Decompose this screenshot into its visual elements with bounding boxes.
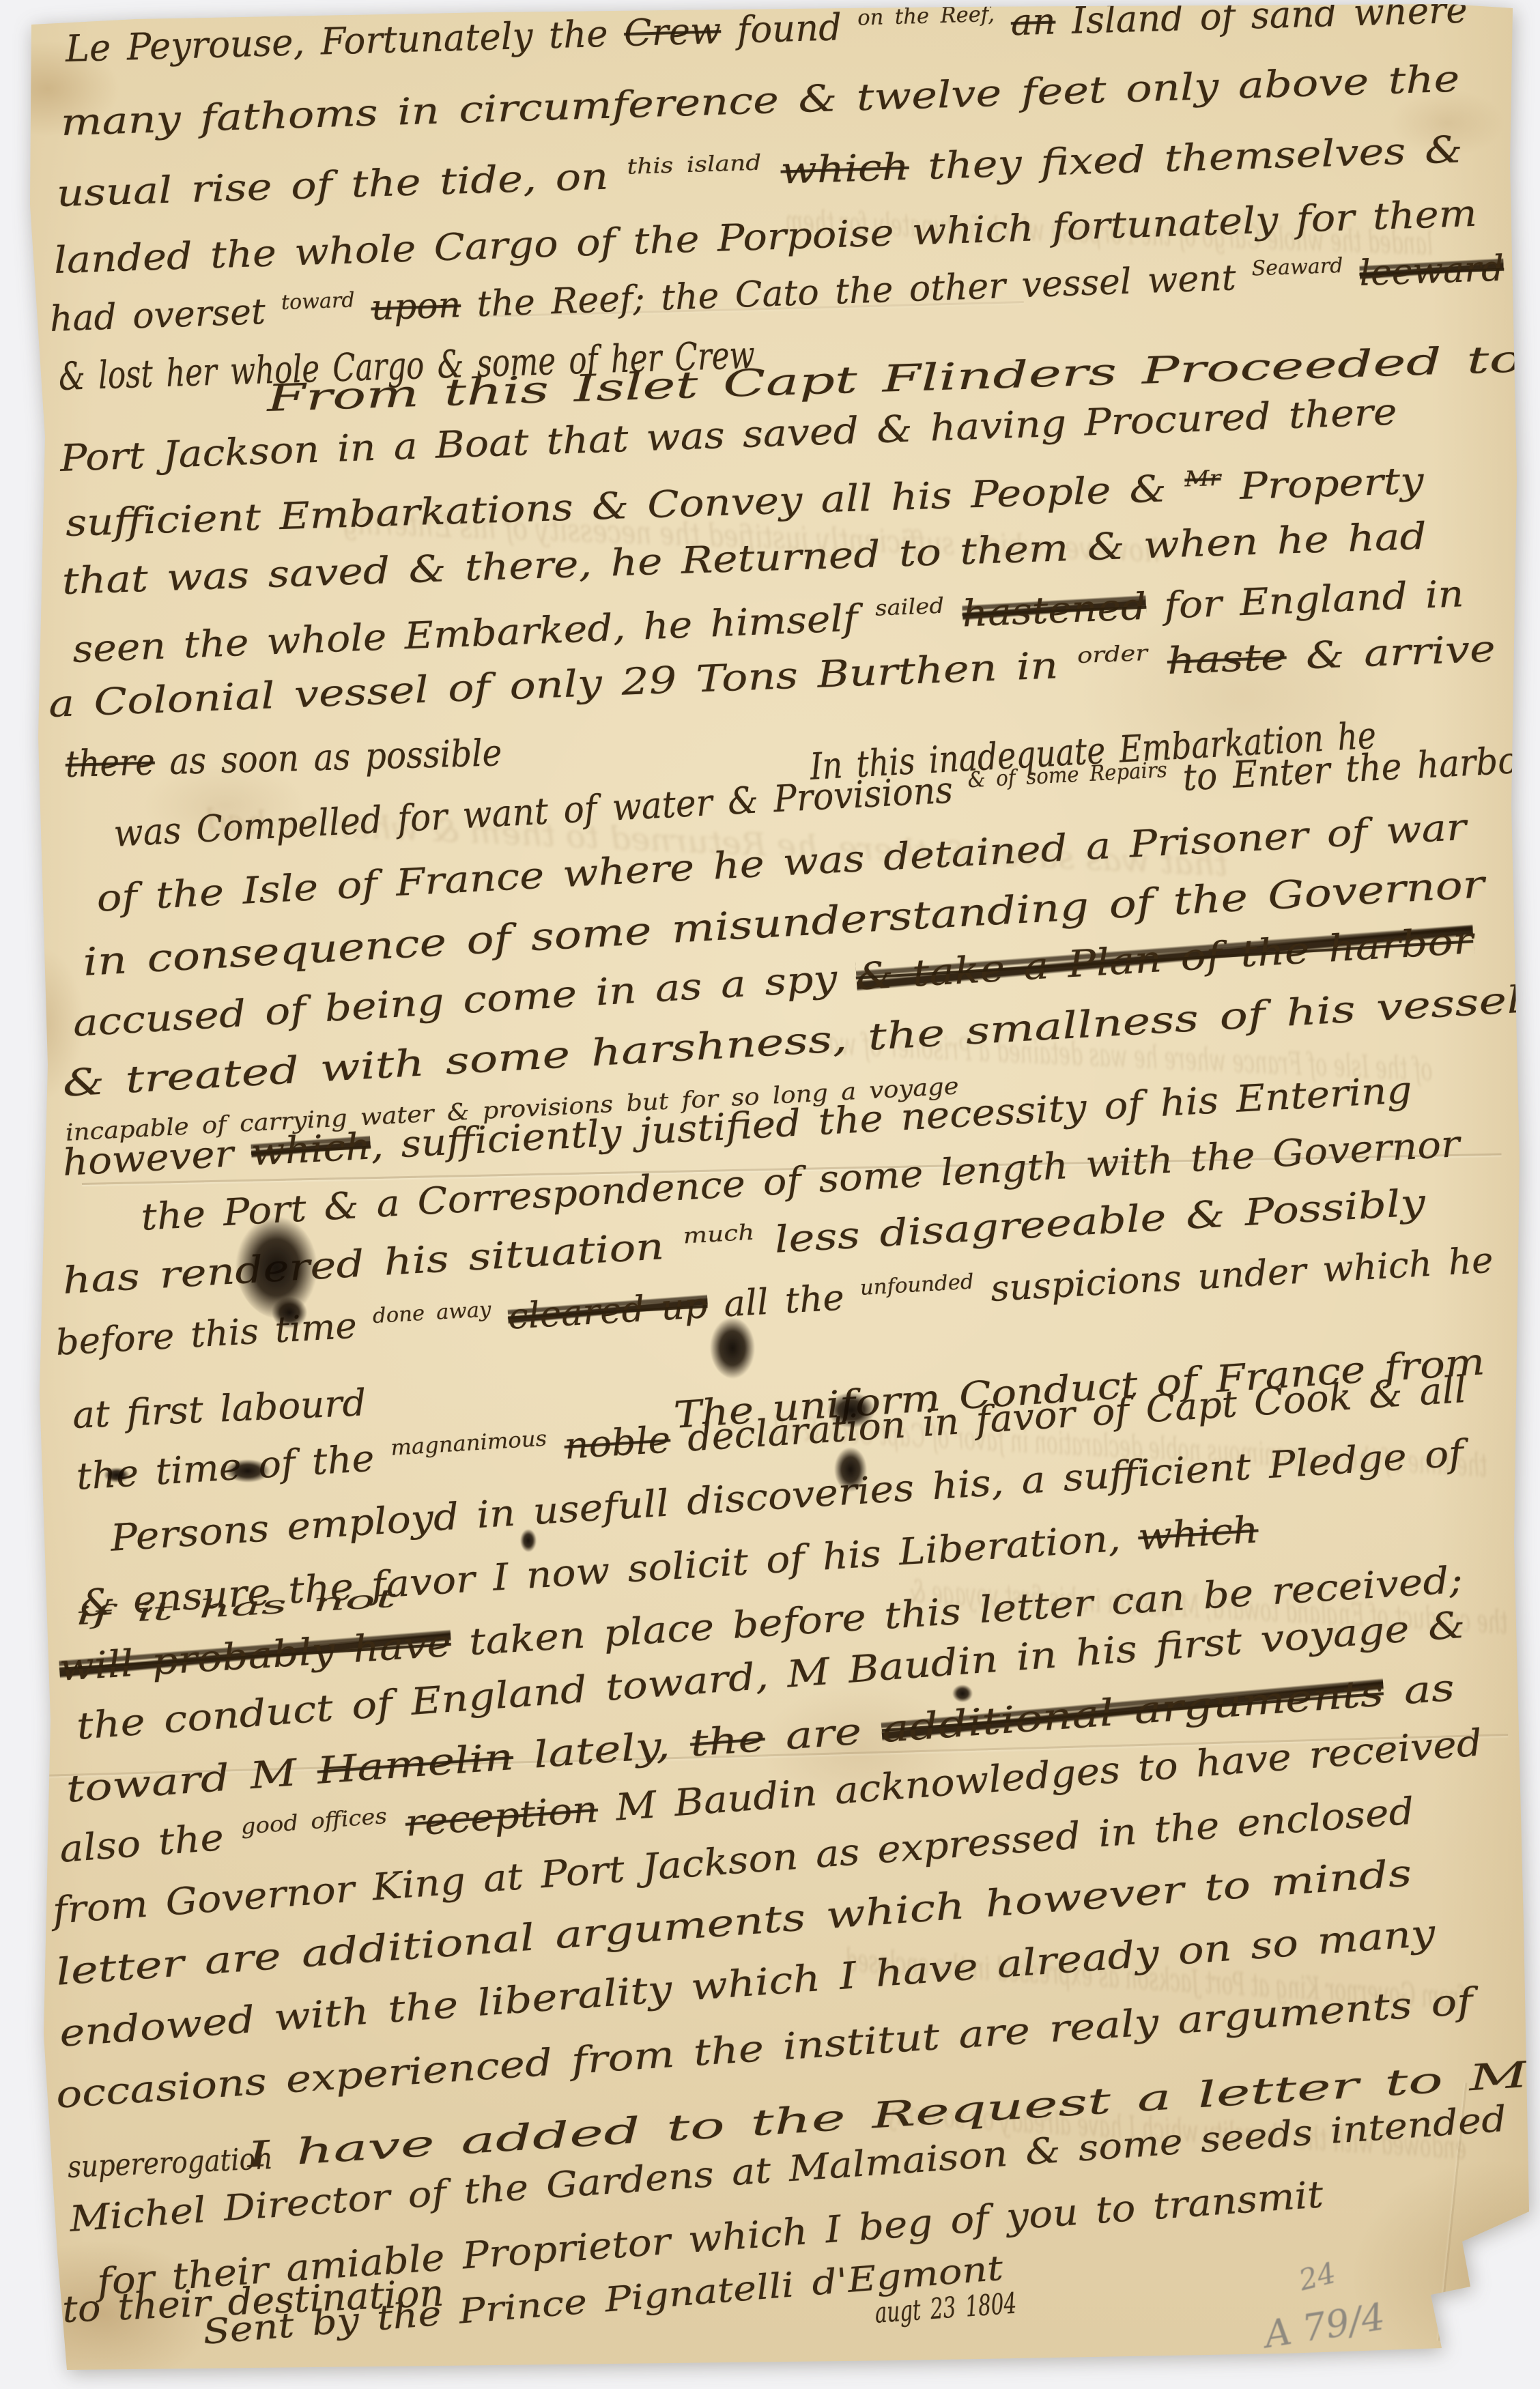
inserted-word: done away (372, 1298, 491, 1328)
manuscript-page: landed the whole Cargo of the Porpoise w… (0, 0, 1540, 2389)
struck-word: which (780, 145, 910, 192)
scan-background: { "page": { "background_color": "#f2f2f4… (0, 0, 1540, 2389)
ink-text: they fixed themselves & (909, 128, 1464, 188)
ink-text (1147, 640, 1168, 683)
struck-word: reception (403, 1788, 599, 1845)
ink-text (994, 1, 1011, 44)
struck-word: the (689, 1717, 767, 1765)
ink-text (943, 592, 963, 636)
manuscript-line: at first labourd (72, 1381, 367, 1437)
struck-word: upon (371, 285, 462, 329)
struck-word: noble (563, 1418, 672, 1468)
ink-text: had overset (49, 291, 282, 340)
struck-word: there (65, 741, 156, 786)
manuscript-line: there as soon as possible (65, 731, 502, 786)
ink-blot (952, 1685, 973, 1702)
ink-text: many fathoms in circumference & twelve f… (60, 57, 1460, 144)
inserted-word: Seaward (1251, 254, 1343, 281)
manuscript-line: Le Peyrouse, Fortunately the Crew found … (65, 0, 1468, 70)
ink-text: as (1382, 1666, 1456, 1714)
ink-blot (104, 1468, 130, 1483)
ink-text (354, 288, 372, 330)
ink-text: for England in (1145, 572, 1464, 628)
ink-text (490, 1297, 509, 1339)
inserted-word: this island (627, 151, 762, 180)
struck-word: Crew (623, 9, 722, 55)
pencil-annotation: 24 (1296, 2256, 1339, 2297)
ink-text: usual rise of the tide, on (56, 154, 628, 215)
inserted-word: sailed (874, 594, 944, 621)
ink-text: cleared up (507, 1285, 709, 1338)
ink-text: suspicions under which he (973, 1240, 1494, 1311)
ink-text: which (250, 1125, 371, 1174)
struck-word: an (1010, 0, 1056, 44)
ink-text: at first labourd (72, 1381, 367, 1437)
struck-word: which (1137, 1508, 1259, 1558)
pencil-annotation: A 79/4 (1261, 2295, 1388, 2356)
ink-text: also the (58, 1814, 243, 1871)
ink-text: & arrive (1285, 627, 1496, 678)
ink-text: Island of sand where (1055, 0, 1468, 42)
ink-text: Property (1221, 459, 1425, 508)
ink-text: hastened (961, 585, 1147, 635)
ink-text: as soon as possible (154, 731, 502, 783)
ink-text (761, 149, 782, 193)
inserted-word: on the Reef, (857, 2, 995, 31)
ink-blot (520, 1529, 537, 1552)
inserted-word: unfounded (859, 1270, 975, 1301)
ink-text: before this time (55, 1304, 374, 1364)
ink-text: lately, (512, 1722, 692, 1778)
ink-text: the Reef; the Cato the other vessel went (460, 257, 1253, 326)
ink-text (1343, 253, 1360, 295)
ink-text: supererogation (67, 2141, 273, 2185)
ink-text: are (763, 1708, 883, 1759)
ink-text: leeward (1358, 248, 1505, 294)
manuscript-scan: landed the whole Cargo of the Porpoise w… (0, 0, 1540, 2389)
struck-word: Mr (1184, 466, 1221, 492)
manuscript-line: many fathoms in circumference & twelve f… (60, 57, 1460, 144)
inserted-word: toward (281, 288, 355, 315)
struck-word: Hamelin (315, 1735, 515, 1792)
inserted-word: order (1076, 641, 1147, 668)
inserted-word: much (683, 1220, 756, 1249)
inserted-word: good offices (240, 1804, 388, 1840)
struck-word: haste (1167, 635, 1287, 683)
ink-text: however (61, 1131, 253, 1184)
manuscript-line: supererogation (67, 2141, 273, 2185)
ink-text: will probably have (58, 1622, 453, 1689)
inserted-word: magnanimous (390, 1427, 547, 1461)
ink-text: Le Peyrouse, Fortunately the (65, 12, 625, 70)
ink-blot (710, 1317, 755, 1379)
ink-text: toward M (65, 1749, 319, 1811)
ink-text: found (720, 5, 858, 53)
